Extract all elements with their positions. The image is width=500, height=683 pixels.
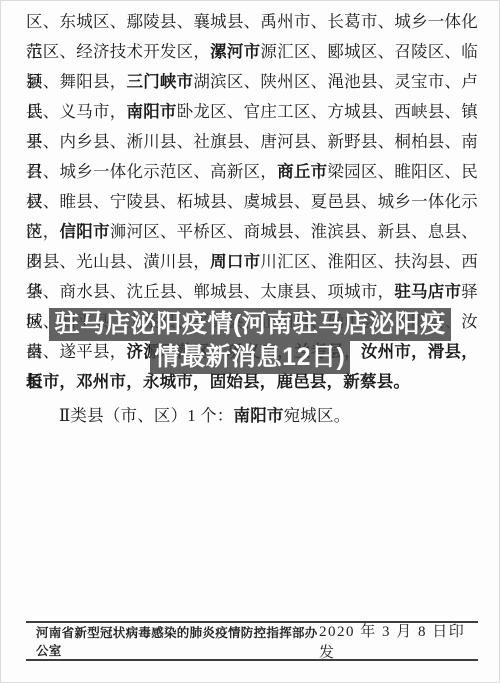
bold-segment: 周口市: [210, 252, 260, 271]
text-segment: Ⅱ类县（市、区）1 个：: [59, 406, 234, 425]
text-segment: 区，: [26, 222, 59, 241]
bold-segment: 三门峡市: [126, 72, 193, 91]
bold-segment: 驻马店市: [394, 282, 461, 301]
footer-print-date: 2020 年 3 月 8 日印发: [319, 620, 469, 662]
bold-segment: 漯河市: [210, 42, 260, 61]
text-segment: 山县、光山县、潢川县，: [26, 252, 210, 271]
text-line: 山县、光山县、潢川县，周口市川汇区、淮阳区、扶沟县、西华: [26, 247, 478, 277]
bold-segment: 信阳市: [59, 222, 109, 241]
text-line: 区，信阳市浉河区、平桥区、商城县、淮滨县、新县、息县、罗: [26, 217, 478, 247]
text-segment: 县、城乡一体化示范区、高新区，: [26, 162, 277, 181]
overlay-title-line1: 驻马店泌阳疫情(河南驻马店泌阳疫: [49, 308, 450, 341]
text-line: 县、商水县、沈丘县、郸城县、太康县、项城市，驻马店市驿城: [26, 277, 478, 307]
bold-segment: 商丘市: [277, 162, 327, 181]
overlay-row-2: 情最新消息12日): [1, 341, 499, 374]
watermark-overlay: 驻马店泌阳疫情(河南驻马店泌阳疫 情最新消息12日): [1, 308, 499, 374]
bold-segment: 垣市，邓州市，永城市，固始县，鹿邑县，新蔡县。: [26, 372, 410, 391]
text-line: 县、义马市，南阳市卧龙区、官庄工区、方城县、西峡县、镇平: [26, 97, 478, 127]
text-line: 县、睢县、宁陵县、柘城县、虞城县、夏邑县、城乡一体化示范: [26, 187, 478, 217]
text-segment: 县、舞阳县，: [26, 72, 126, 91]
text-line: 县、城乡一体化示范区、高新区，商丘市梁园区、睢阳区、民权: [26, 157, 478, 187]
bold-segment: 南阳市: [234, 406, 284, 425]
text-line: 县、舞阳县，三门峡市湖滨区、陕州区、渑池县、灵宝市、卢氏: [26, 67, 478, 97]
text-segment: 县、商水县、沈丘县、郸城县、太康县、项城市，: [26, 282, 394, 301]
page-footer: 河南省新型冠状病毒感染的肺炎疫情防控指挥部办公室 2020 年 3 月 8 日印…: [26, 621, 478, 661]
text-line: 范区、经济技术开发区，漯河市源汇区、郾城区、召陵区、临颍: [26, 37, 478, 67]
bold-segment: 南阳市: [126, 102, 176, 121]
text-segment: 宛城区。: [284, 406, 351, 425]
text-line: 区、东城区、鄢陵县、襄城县、禹州市、长葛市、城乡一体化示: [26, 7, 478, 37]
overlay-title-line2: 情最新消息12日): [150, 341, 351, 374]
overlay-row-1: 驻马店泌阳疫情(河南驻马店泌阳疫: [1, 308, 499, 341]
text-segment: 范区、经济技术开发区，: [26, 42, 210, 61]
footer-issuer: 河南省新型冠状病毒感染的肺炎疫情防控指挥部办公室: [36, 623, 319, 659]
text-segment: 县、义马市，: [26, 102, 126, 121]
footer-row: 河南省新型冠状病毒感染的肺炎疫情防控指挥部办公室 2020 年 3 月 8 日印…: [26, 623, 478, 659]
text-line: 县、内乡县、淅川县、社旗县、唐河县、新野县、桐柏县、南召: [26, 127, 478, 157]
text-line: Ⅱ类县（市、区）1 个：南阳市宛城区。: [26, 401, 478, 431]
document-page: 区、东城区、鄢陵县、襄城县、禹州市、长葛市、城乡一体化示范区、经济技术开发区，漯…: [0, 0, 500, 683]
